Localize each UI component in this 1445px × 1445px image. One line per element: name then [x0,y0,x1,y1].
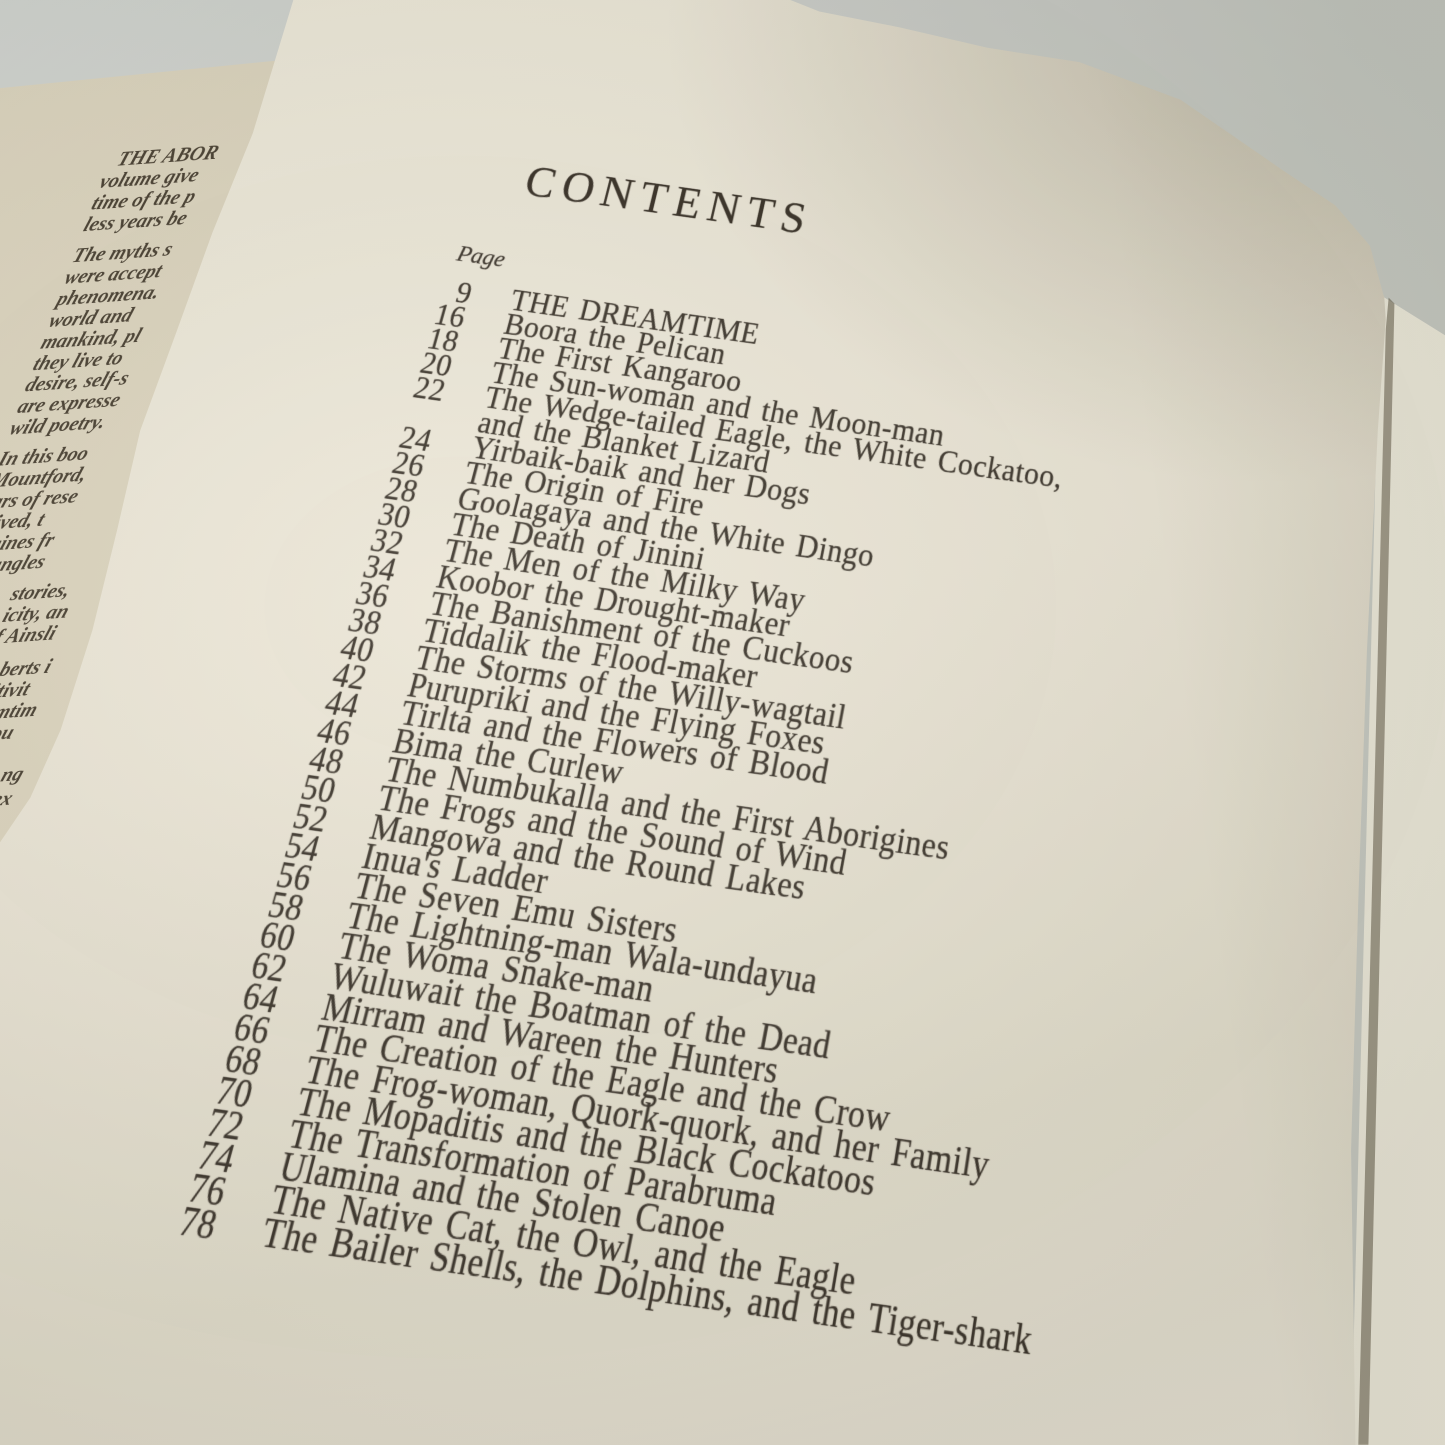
page-column-header: Page [419,237,508,273]
row-page-number: 78 [140,1200,220,1243]
contents-title: CONTENTS [520,157,1378,323]
contents-list: 9 THE DREAMTIME 16 Boora the Pelican 18 … [140,274,1365,1392]
contents-text-block: CONTENTS Page 9 THE DREAMTIME 16 Boora t… [140,146,1378,1392]
book-photo: THE ABOR volume give time of the p less … [0,0,1445,1445]
